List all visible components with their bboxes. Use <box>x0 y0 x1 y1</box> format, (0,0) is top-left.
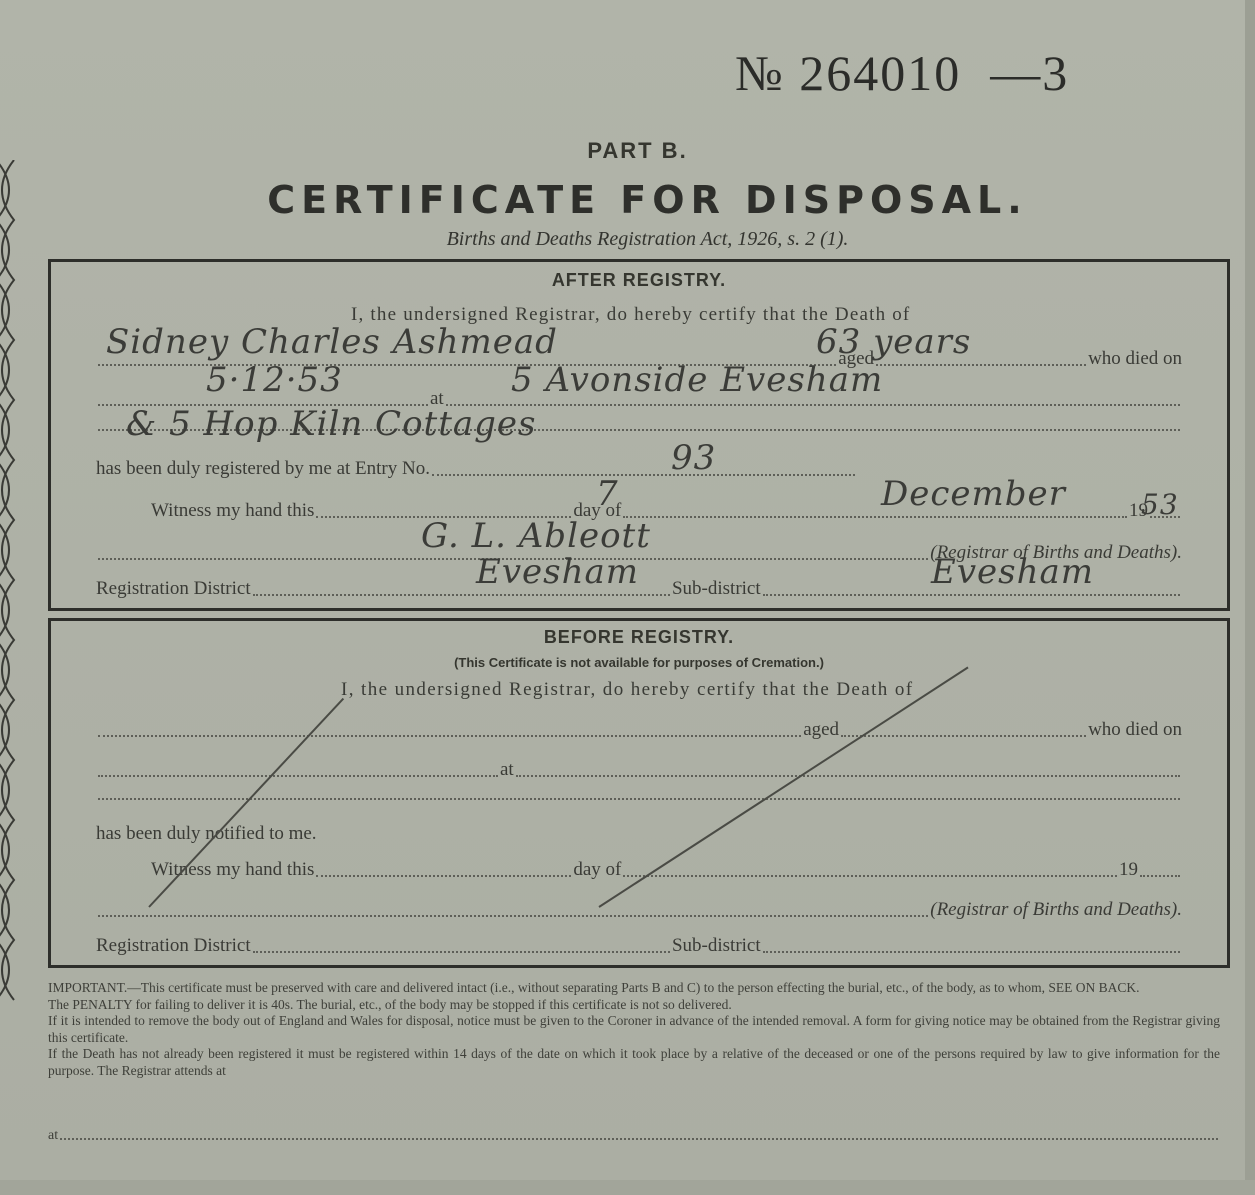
before-place-line2 <box>96 797 1182 804</box>
certificate-number-value: 264010 <box>799 45 961 101</box>
place-of-death-field[interactable] <box>446 403 1180 406</box>
entry-no-field[interactable] <box>432 473 855 476</box>
cremation-note: (This Certificate is not available for p… <box>51 655 1227 670</box>
subdistrict-label: Sub-district <box>672 578 761 600</box>
district-field[interactable] <box>253 593 670 596</box>
before-district-line: Registration District Sub-district <box>96 935 1182 957</box>
notified-line: has been duly notified to me. <box>96 823 1182 845</box>
important-line-2: The PENALTY for failing to deliver it is… <box>48 997 1220 1014</box>
handwritten-place-line1: 5 Avonside Evesham <box>511 360 883 400</box>
before-district-label: Registration District <box>96 935 251 957</box>
before-registry-section: BEFORE REGISTRY. (This Certificate is no… <box>48 618 1230 968</box>
handwritten-place-line2: & 5 Hop Kiln Cottages <box>126 404 536 444</box>
before-witness-month-field[interactable] <box>623 874 1117 877</box>
attends-at-label: at <box>48 1128 58 1144</box>
notified-label: has been duly notified to me. <box>96 823 317 845</box>
handwritten-registrar-signature: G. L. Ableott <box>421 516 651 556</box>
before-witness-day-field[interactable] <box>316 874 571 877</box>
before-signature-line: (Registrar of Births and Deaths). <box>96 899 1182 921</box>
witness-month-field[interactable] <box>623 515 1127 518</box>
after-registry-heading: AFTER REGISTRY. <box>51 270 1227 291</box>
before-date-line: at <box>96 759 1182 781</box>
before-place-field-2[interactable] <box>98 797 1180 800</box>
before-died-on-label: who died on <box>1088 719 1182 741</box>
important-notice: IMPORTANT.—This certificate must be pres… <box>48 980 1220 1079</box>
important-line-4: If the Death has not already been regist… <box>48 1046 1220 1079</box>
entry-line: has been duly registered by me at Entry … <box>96 458 857 480</box>
important-line-3: If it is intended to remove the body out… <box>48 1013 1220 1046</box>
witness-label: Witness my hand this <box>151 500 314 522</box>
handwritten-day: 7 <box>596 474 619 514</box>
before-name-line: aged who died on <box>96 719 1182 741</box>
district-label: Registration District <box>96 578 251 600</box>
handwritten-deceased-name: Sidney Charles Ashmead <box>106 322 558 362</box>
handwritten-month: December <box>881 474 1066 514</box>
page-title: CERTIFICATE FOR DISPOSAL. <box>130 178 1165 222</box>
before-witness-year-field[interactable] <box>1140 874 1180 877</box>
handwritten-year: 53 <box>1141 488 1179 521</box>
before-day-of-label: day of <box>573 859 621 881</box>
background-edge <box>1245 0 1255 1195</box>
handwritten-subdistrict: Evesham <box>931 552 1094 592</box>
before-registry-heading: BEFORE REGISTRY. <box>51 627 1227 648</box>
before-district-field[interactable] <box>253 950 670 953</box>
age-field[interactable] <box>876 363 1086 366</box>
before-subdistrict-field[interactable] <box>763 950 1180 953</box>
certificate-number-suffix: —3 <box>990 45 1069 101</box>
perforated-edge-border <box>0 160 22 1020</box>
registrar-attends-field[interactable] <box>60 1137 1218 1140</box>
entry-label: has been duly registered by me at Entry … <box>96 458 430 480</box>
before-at-label: at <box>500 759 514 781</box>
before-intro-line: I, the undersigned Registrar, do hereby … <box>341 679 1182 701</box>
background-edge-bottom <box>0 1180 1255 1195</box>
died-on-label: who died on <box>1088 348 1182 370</box>
handwritten-district: Evesham <box>476 552 639 592</box>
registrar-attends-line: at <box>48 1128 1220 1144</box>
before-year-prefix: 19 <box>1119 859 1138 881</box>
before-place-field[interactable] <box>516 774 1180 777</box>
part-label: PART B. <box>0 138 1255 164</box>
subdistrict-field[interactable] <box>763 593 1180 596</box>
handwritten-entry-no: 93 <box>671 438 716 478</box>
before-registrar-label: (Registrar of Births and Deaths). <box>930 899 1182 921</box>
before-deceased-name-field[interactable] <box>98 734 801 737</box>
before-date-field[interactable] <box>98 774 498 777</box>
act-reference: Births and Deaths Registration Act, 1926… <box>130 228 1165 251</box>
handwritten-date-of-death: 5·12·53 <box>206 360 343 400</box>
certificate-number: № 264010 —3 <box>735 44 1069 102</box>
important-line-1: IMPORTANT.—This certificate must be pres… <box>48 980 1220 997</box>
handwritten-age: 63 years <box>816 322 971 362</box>
before-age-field[interactable] <box>841 734 1086 737</box>
before-registrar-signature-field[interactable] <box>98 914 928 917</box>
after-registry-section: AFTER REGISTRY. I, the undersigned Regis… <box>48 259 1230 611</box>
before-subdistrict-label: Sub-district <box>672 935 761 957</box>
before-intro-text: I, the undersigned Registrar, do hereby … <box>341 679 913 701</box>
number-sign: № <box>735 45 785 101</box>
before-aged-label: aged <box>803 719 839 741</box>
